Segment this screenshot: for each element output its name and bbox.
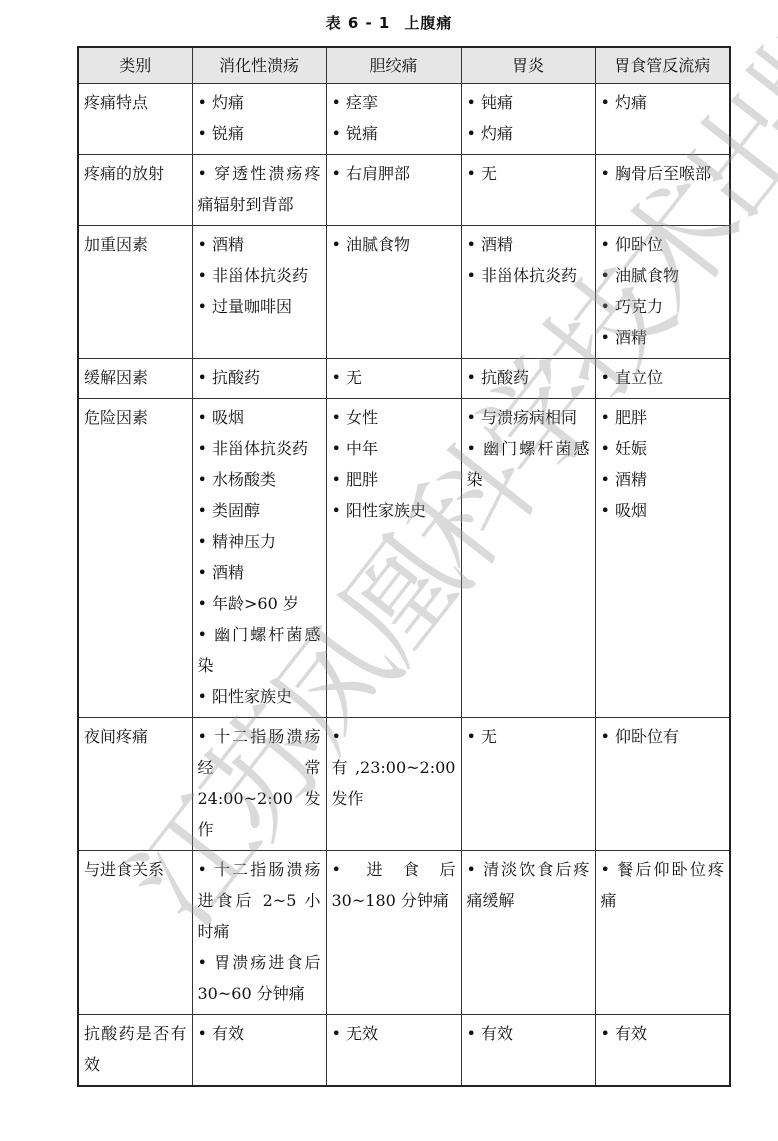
table-row: 缓解因素• 抗酸药• 无• 抗酸药• 直立位 <box>78 359 730 399</box>
table-cell: • 清淡饮食后疼痛缓解 <box>461 851 595 1015</box>
table-cell: • 餐后仰卧位疼痛 <box>595 851 730 1015</box>
table-row: 疼痛特点• 灼痛• 锐痛• 痉挛• 锐痛• 钝痛• 灼痛• 灼痛 <box>78 84 730 155</box>
cell-item: • 幽门螺杆菌感染 <box>467 433 590 495</box>
table-cell: • 抗酸药 <box>461 359 595 399</box>
table-cell: • 吸烟• 非甾体抗炎药• 水杨酸类• 类固醇• 精神压力• 酒精• 年龄>60… <box>192 399 326 718</box>
cell-item: • 肥胖 <box>332 464 456 495</box>
table-caption: 表 6 - 1上腹痛 <box>0 12 778 33</box>
cell-item: • 仰卧位有 <box>601 721 725 752</box>
cell-item: • 非甾体抗炎药 <box>467 260 590 291</box>
cell-item: • 油腻食物 <box>332 229 456 260</box>
cell-item: • 直立位 <box>601 362 725 393</box>
cell-item: • 穿透性溃疡疼痛辐射到背部 <box>198 158 321 220</box>
table-row: 抗酸药是否有效• 有效• 无效• 有效• 有效 <box>78 1015 730 1087</box>
cell-item: • 抗酸药 <box>467 362 590 393</box>
table-cell: • 有效 <box>192 1015 326 1087</box>
table-cell: • 右肩胛部 <box>326 155 461 226</box>
cell-item: • 无 <box>467 721 590 752</box>
cell-item: • 有效 <box>198 1018 321 1049</box>
cell-item: • 酒精 <box>467 229 590 260</box>
header-row: 类别 消化性溃疡 胆绞痛 胃炎 胃食管反流病 <box>78 47 730 84</box>
row-category: 危险因素 <box>78 399 192 718</box>
cell-item: • 进食后 30~180 分钟痛 <box>332 854 456 916</box>
cell-item: • 非甾体抗炎药 <box>198 433 321 464</box>
cell-item: • 钝痛 <box>467 87 590 118</box>
cell-item: • 女性 <box>332 402 456 433</box>
cell-item: • 中年 <box>332 433 456 464</box>
cell-item: • 类固醇 <box>198 495 321 526</box>
table-row: 加重因素• 酒精• 非甾体抗炎药• 过量咖啡因• 油腻食物• 酒精• 非甾体抗炎… <box>78 226 730 359</box>
cell-item: • 酒精 <box>198 557 321 588</box>
table-cell: • 有效 <box>461 1015 595 1087</box>
table-cell: • 油腻食物 <box>326 226 461 359</box>
cell-item: • 灼痛 <box>467 118 590 149</box>
table-cell: • 胸骨后至喉部 <box>595 155 730 226</box>
cell-item: • 胸骨后至喉部 <box>601 158 725 189</box>
table-cell: • 仰卧位• 油腻食物• 巧克力• 酒精 <box>595 226 730 359</box>
cell-item: • 抗酸药 <box>198 362 321 393</box>
table-cell: • 女性• 中年• 肥胖• 阳性家族史 <box>326 399 461 718</box>
cell-item: • 有效 <box>467 1018 590 1049</box>
cell-item: • 有效 <box>601 1018 725 1049</box>
table-cell: • 直立位 <box>595 359 730 399</box>
cell-item: • 吸烟 <box>198 402 321 433</box>
table-cell: • 无 <box>461 718 595 851</box>
cell-item: • 与溃疡病相同 <box>467 402 590 433</box>
cell-item: • 锐痛 <box>198 118 321 149</box>
cell-item: • 无 <box>467 158 590 189</box>
table-cell: • 无 <box>326 359 461 399</box>
cell-item: • 水杨酸类 <box>198 464 321 495</box>
table-cell: • 进食后 30~180 分钟痛 <box>326 851 461 1015</box>
row-category: 抗酸药是否有效 <box>78 1015 192 1087</box>
cell-item: • 幽门螺杆菌感染 <box>198 619 321 681</box>
row-category: 疼痛的放射 <box>78 155 192 226</box>
table-cell: • 十二指肠溃疡经常 24:00~2:00 发作 <box>192 718 326 851</box>
cell-item: • 过量咖啡因 <box>198 291 321 322</box>
cell-item: • 酒精 <box>198 229 321 260</box>
cell-item: • 肥胖 <box>601 402 725 433</box>
cell-item: • 阳性家族史 <box>198 681 321 712</box>
cell-item: • 非甾体抗炎药 <box>198 260 321 291</box>
row-category: 疼痛特点 <box>78 84 192 155</box>
cell-item: • 仰卧位 <box>601 229 725 260</box>
cell-item: • 清淡饮食后疼痛缓解 <box>467 854 590 916</box>
cell-item: • 巧克力 <box>601 291 725 322</box>
row-category: 加重因素 <box>78 226 192 359</box>
header-gastritis: 胃炎 <box>461 47 595 84</box>
row-category: 与进食关系 <box>78 851 192 1015</box>
table-cell: • 无 <box>461 155 595 226</box>
cell-item: • 胃溃疡进食后 30~60 分钟痛 <box>198 947 321 1009</box>
table-cell: • 有效 <box>595 1015 730 1087</box>
table-cell: • 有,23:00~2:00 发作 <box>326 718 461 851</box>
symptom-table: 类别 消化性溃疡 胆绞痛 胃炎 胃食管反流病 疼痛特点• 灼痛• 锐痛• 痉挛•… <box>77 46 731 1087</box>
header-peptic-ulcer: 消化性溃疡 <box>192 47 326 84</box>
table-row: 疼痛的放射• 穿透性溃疡疼痛辐射到背部• 右肩胛部• 无• 胸骨后至喉部 <box>78 155 730 226</box>
table-cell: • 酒精• 非甾体抗炎药• 过量咖啡因 <box>192 226 326 359</box>
table-cell: • 肥胖• 妊娠• 酒精• 吸烟 <box>595 399 730 718</box>
table-row: 夜间疼痛• 十二指肠溃疡经常 24:00~2:00 发作• 有,23:00~2:… <box>78 718 730 851</box>
cell-item: • 灼痛 <box>601 87 725 118</box>
table-cell: • 钝痛• 灼痛 <box>461 84 595 155</box>
table-row: 与进食关系• 十二指肠溃疡进食后 2~5 小时痛• 胃溃疡进食后 30~60 分… <box>78 851 730 1015</box>
table-cell: • 痉挛• 锐痛 <box>326 84 461 155</box>
table-number: 表 6 - 1 <box>326 14 391 32</box>
cell-item: • 有,23:00~2:00 发作 <box>332 721 456 814</box>
table-row: 危险因素• 吸烟• 非甾体抗炎药• 水杨酸类• 类固醇• 精神压力• 酒精• 年… <box>78 399 730 718</box>
header-biliary-colic: 胆绞痛 <box>326 47 461 84</box>
cell-item: • 十二指肠溃疡进食后 2~5 小时痛 <box>198 854 321 947</box>
cell-item: • 餐后仰卧位疼痛 <box>601 854 725 916</box>
table-cell: • 仰卧位有 <box>595 718 730 851</box>
row-category: 缓解因素 <box>78 359 192 399</box>
table-cell: • 无效 <box>326 1015 461 1087</box>
cell-item: • 锐痛 <box>332 118 456 149</box>
table-cell: • 十二指肠溃疡进食后 2~5 小时痛• 胃溃疡进食后 30~60 分钟痛 <box>192 851 326 1015</box>
header-gerd: 胃食管反流病 <box>595 47 730 84</box>
table-cell: • 酒精• 非甾体抗炎药 <box>461 226 595 359</box>
cell-item: • 妊娠 <box>601 433 725 464</box>
cell-item: • 右肩胛部 <box>332 158 456 189</box>
row-category: 夜间疼痛 <box>78 718 192 851</box>
cell-item: • 年龄>60 岁 <box>198 588 321 619</box>
cell-item: • 酒精 <box>601 322 725 353</box>
cell-item: • 十二指肠溃疡经常 24:00~2:00 发作 <box>198 721 321 845</box>
table-cell: • 与溃疡病相同• 幽门螺杆菌感染 <box>461 399 595 718</box>
table-cell: • 抗酸药 <box>192 359 326 399</box>
cell-item: • 酒精 <box>601 464 725 495</box>
header-category: 类别 <box>78 47 192 84</box>
cell-item: • 无 <box>332 362 456 393</box>
table-title: 上腹痛 <box>404 14 452 32</box>
table-cell: • 灼痛• 锐痛 <box>192 84 326 155</box>
cell-item: • 油腻食物 <box>601 260 725 291</box>
table-cell: • 灼痛 <box>595 84 730 155</box>
cell-item: • 灼痛 <box>198 87 321 118</box>
cell-item: • 无效 <box>332 1018 456 1049</box>
table-cell: • 穿透性溃疡疼痛辐射到背部 <box>192 155 326 226</box>
cell-item: • 阳性家族史 <box>332 495 456 526</box>
cell-item: • 吸烟 <box>601 495 725 526</box>
cell-item: • 精神压力 <box>198 526 321 557</box>
cell-item: • 痉挛 <box>332 87 456 118</box>
